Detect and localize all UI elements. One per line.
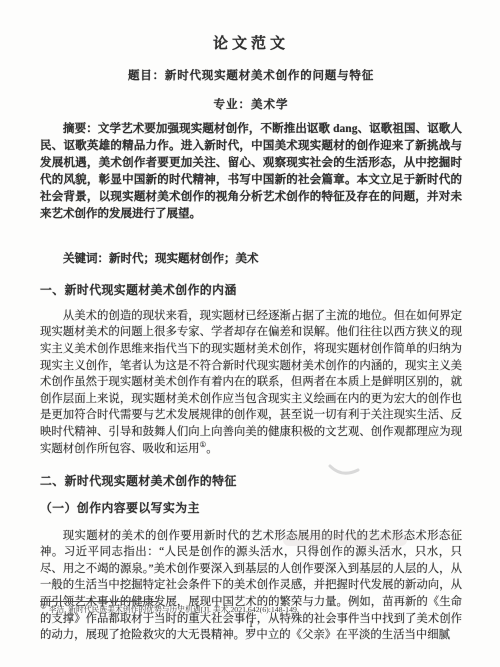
footnote-number: ① (40, 601, 47, 610)
thesis-topic: 题目：新时代现实题材美术创作的问题与特征 (40, 67, 462, 83)
footnote-citation: ① 李洁. 新时代民族美术创作的优势与历史机遇[J]. 美术,2021,642(… (40, 605, 462, 615)
section-2-heading: 二、新时代现实题材美术创作的特征 (40, 472, 462, 489)
section-1-body-text: 从美术的创造的现状来看，现实题材已经逐渐占据了主流的地位。但在如何界定现实题材美… (40, 310, 462, 455)
footnote-text: 李洁. 新时代民族美术创作的优势与历史机遇[J]. 美术,2021,642(6)… (49, 605, 299, 614)
section-1-heading: 一、新时代现实题材美术创作的内涵 (40, 281, 462, 298)
section-2-subheading: （一）创作内容要以写实为主 (40, 499, 462, 516)
page-number: 1 (40, 619, 462, 629)
abstract-paragraph: 摘要：文学艺术要加强现实题材创作，不断推出讴歌 dang、讴歌祖国、讴歌人民、讴… (40, 121, 462, 223)
footnote-area: ① 李洁. 新时代民族美术创作的优势与历史机遇[J]. 美术,2021,642(… (40, 601, 462, 629)
document-page: 论文范文 题目：新时代现实题材美术创作的问题与特征 专业：美术学 摘要：文学艺术… (0, 0, 500, 667)
page-title: 论文范文 (40, 32, 462, 53)
footnote-separator (40, 601, 158, 602)
keywords-line: 关键词：新时代；现实题材创作；美术 (40, 250, 462, 266)
section-1-body-period: 。 (206, 443, 217, 455)
section-1-paragraph: 从美术的创造的现状来看，现实题材已经逐渐占据了主流的地位。但在如何界定现实题材美… (40, 308, 462, 457)
thesis-major: 专业：美术学 (40, 96, 462, 112)
